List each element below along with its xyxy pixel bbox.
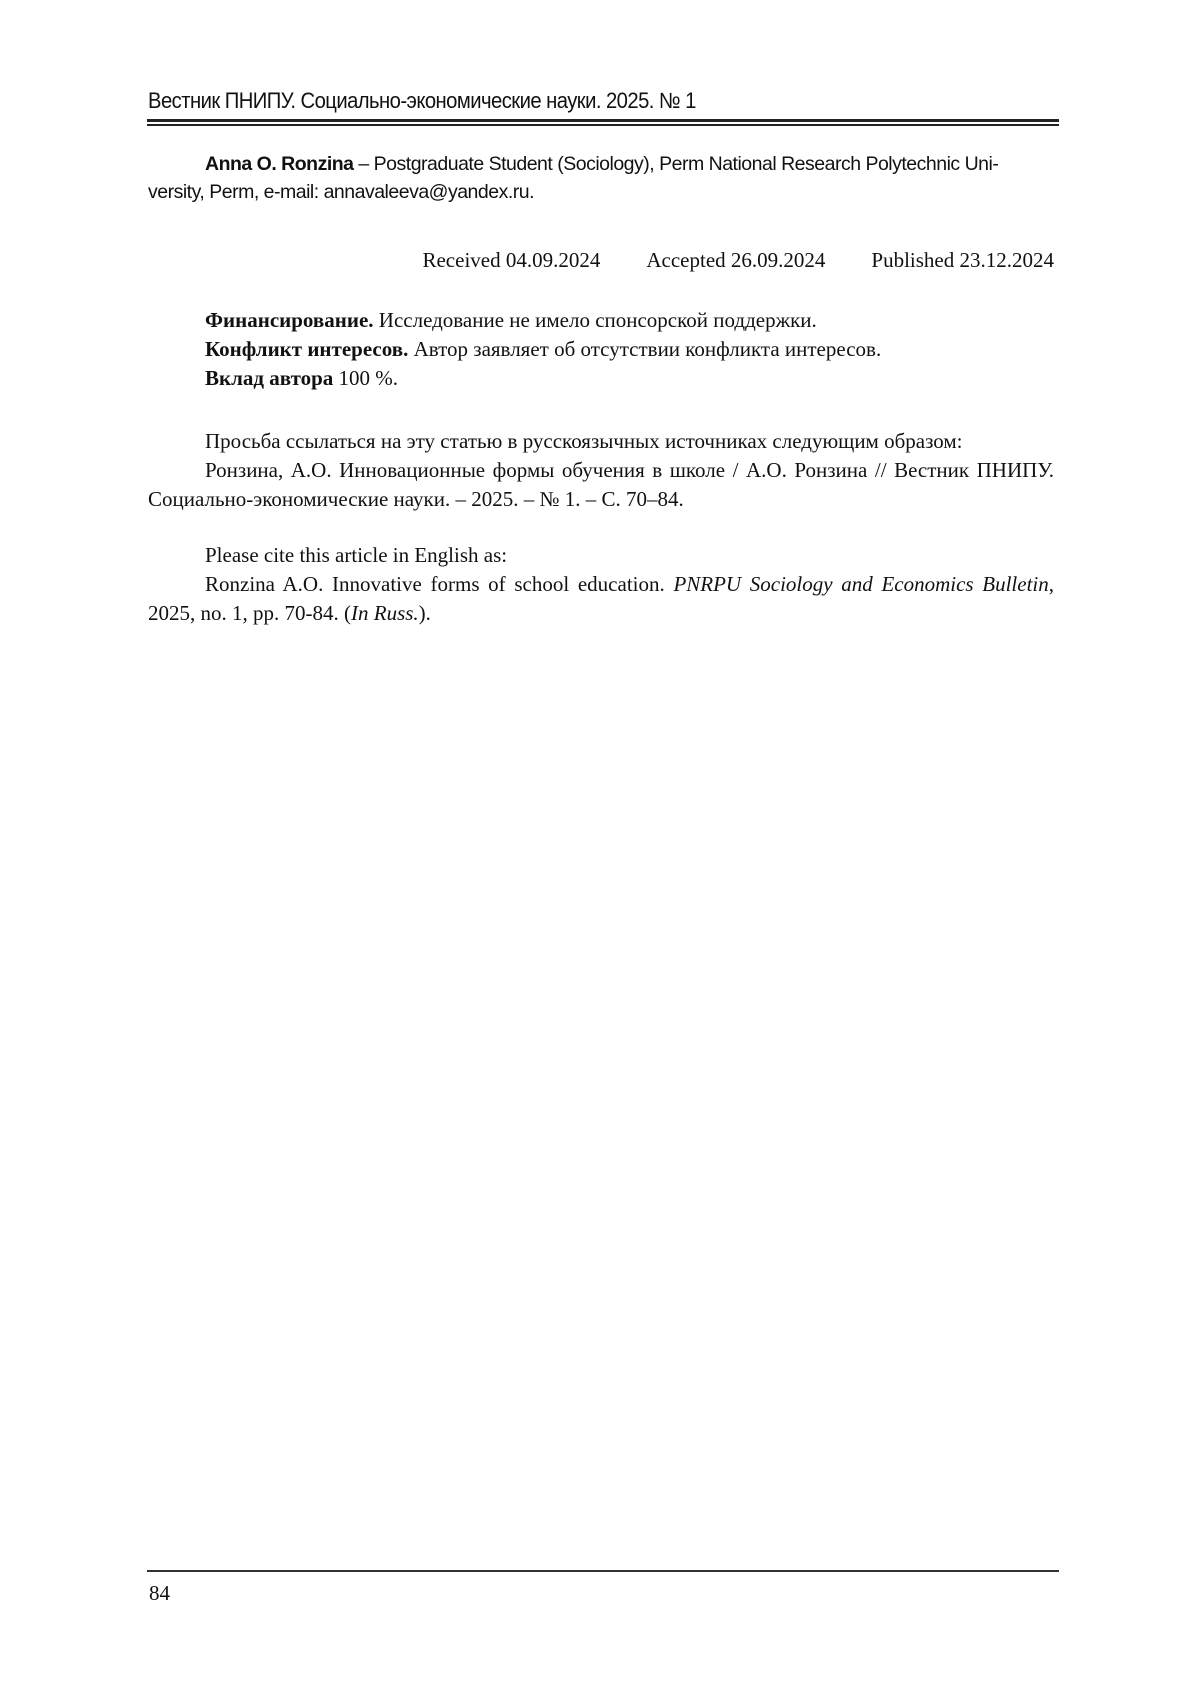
author-description-2: versity, Perm, e-mail: annavaleeva@yande… [91, 178, 534, 206]
citation-english: Please cite this article in English as: … [148, 541, 1054, 628]
contribution-text: 100 %. [333, 366, 398, 390]
citation-en-intro: Please cite this article in English as: [148, 541, 1054, 570]
received-date: Received 04.09.2024 [422, 248, 600, 272]
conflict-statement: Конфликт интересов. Автор заявляет об от… [148, 335, 1054, 364]
accepted-date: Accepted 26.09.2024 [646, 248, 825, 272]
published-date: Published 23.12.2024 [871, 248, 1054, 272]
citation-ru-text: Ронзина, А.О. Инновационные формы обучен… [148, 456, 1054, 514]
declarations: Финансирование. Исследование не имело сп… [148, 306, 1054, 393]
citation-en-text: Ronzina A.O. Innovative forms of school … [148, 570, 1054, 628]
citation-en-journal: PNRPU Sociology and Economics Bulletin [673, 572, 1048, 596]
header-rule-second [147, 124, 1059, 126]
funding-text: Исследование не имело спонсорской поддер… [374, 308, 817, 332]
conflict-text: Автор заявляет об отсутствии конфликта и… [408, 337, 881, 361]
footer-rule [147, 1570, 1059, 1572]
citation-ru-intro: Просьба ссылаться на эту статью в русско… [148, 427, 1054, 456]
conflict-label: Конфликт интересов. [205, 337, 408, 361]
contribution-statement: Вклад автора 100 %. [148, 364, 1054, 393]
author-description-1: – Postgraduate Student (Sociology), Perm… [354, 153, 999, 175]
citation-russian: Просьба ссылаться на эту статью в русско… [148, 427, 1054, 514]
citation-en-authors-title: Ronzina A.O. Innovative forms of school … [205, 572, 673, 596]
header-rule [147, 119, 1059, 122]
citation-en-end: ). [419, 601, 431, 625]
article-dates: Received 04.09.2024Accepted 26.09.2024Pu… [148, 246, 1054, 275]
contribution-label: Вклад автора [205, 366, 333, 390]
page: Вестник ПНИПУ. Социально-экономические н… [0, 0, 1200, 1705]
page-number: 84 [149, 1579, 170, 1608]
funding-statement: Финансирование. Исследование не имело сп… [148, 306, 1054, 335]
citation-en-language: In Russ. [351, 601, 419, 625]
funding-label: Финансирование. [205, 308, 374, 332]
author-info: Anna O. Ronzina – Postgraduate Student (… [148, 150, 1054, 206]
author-name: Anna O. Ronzina [205, 153, 354, 175]
running-header: Вестник ПНИПУ. Социально-экономические н… [148, 88, 985, 114]
